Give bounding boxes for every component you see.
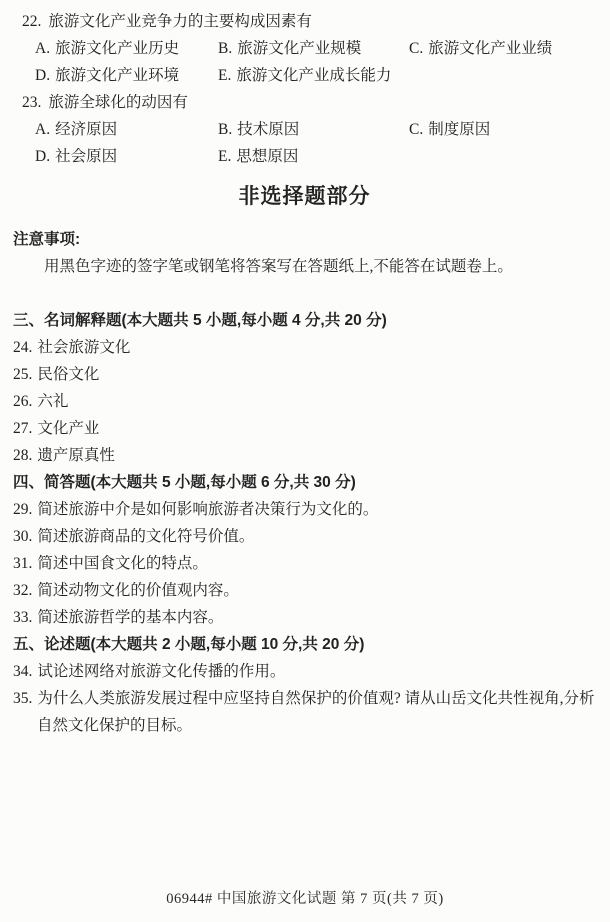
option-row: A. 经济原因 B. 技术原因 C. 制度原因 bbox=[35, 116, 596, 143]
question-number: 35. bbox=[13, 690, 32, 707]
option-label: C. bbox=[409, 35, 423, 62]
question-item: 28.遗产原真性 bbox=[13, 442, 596, 469]
section-title: 五、论述题(本大题共 2 小题,每小题 10 分,共 20 分) bbox=[13, 631, 596, 658]
option-label: A. bbox=[35, 116, 50, 143]
question-text: 简述动物文化的价值观内容。 bbox=[37, 582, 239, 599]
question-item: 32.简述动物文化的价值观内容。 bbox=[13, 577, 596, 604]
mc-question-23: 23.旅游全球化的动因有 A. 经济原因 B. 技术原因 C. 制度原因 D. … bbox=[13, 89, 596, 170]
question-item: 27.文化产业 bbox=[13, 415, 596, 442]
question-text: 为什么人类旅游发展过程中应坚持自然保护的价值观? 请从山岳文化共性视角,分析自然… bbox=[37, 690, 595, 734]
notice-title: 注意事项: bbox=[13, 226, 596, 253]
question-text: 简述旅游中介是如何影响旅游者决策行为文化的。 bbox=[37, 501, 378, 518]
option-label: B. bbox=[218, 35, 232, 62]
question-number: 25. bbox=[13, 366, 32, 383]
option-label: D. bbox=[35, 62, 50, 89]
question-number: 26. bbox=[13, 393, 32, 410]
question-item: 30.简述旅游商品的文化符号价值。 bbox=[13, 523, 596, 550]
option-label: E. bbox=[218, 62, 231, 89]
question-text: 简述旅游商品的文化符号价值。 bbox=[37, 528, 254, 545]
notice-block: 注意事项: 用黑色字迹的签字笔或钢笔将答案写在答题纸上,不能答在试题卷上。 bbox=[13, 226, 596, 280]
section-essay: 五、论述题(本大题共 2 小题,每小题 10 分,共 20 分) 34.试论述网… bbox=[13, 631, 596, 739]
question-text: 文化产业 bbox=[37, 420, 99, 437]
question-text: 民俗文化 bbox=[37, 366, 99, 383]
question-number: 23. bbox=[22, 94, 41, 111]
question-number: 31. bbox=[13, 555, 32, 572]
option-row: D. 社会原因 E. 思想原因 bbox=[35, 143, 596, 170]
option-label: B. bbox=[218, 116, 232, 143]
question-number: 24. bbox=[13, 339, 32, 356]
option-text: 旅游文化产业历史 bbox=[55, 35, 179, 62]
question-text: 社会旅游文化 bbox=[37, 339, 130, 356]
question-number: 29. bbox=[13, 501, 32, 518]
question-text: 简述旅游哲学的基本内容。 bbox=[37, 609, 223, 626]
question-stem: 旅游全球化的动因有 bbox=[48, 94, 188, 111]
option-text: 旅游文化产业规模 bbox=[237, 35, 361, 62]
option-label: A. bbox=[35, 35, 50, 62]
mc-question-22: 22.旅游文化产业竞争力的主要构成因素有 A. 旅游文化产业历史 B. 旅游文化… bbox=[13, 8, 596, 89]
question-number: 28. bbox=[13, 447, 32, 464]
question-number: 33. bbox=[13, 609, 32, 626]
option-text: 社会原因 bbox=[55, 143, 117, 170]
option-text: 思想原因 bbox=[236, 143, 298, 170]
question-item: 25.民俗文化 bbox=[13, 361, 596, 388]
option-d: D. 社会原因 bbox=[35, 143, 218, 170]
option-b: B. 旅游文化产业规模 bbox=[218, 35, 409, 62]
option-text: 制度原因 bbox=[428, 116, 490, 143]
question-item: 31.简述中国食文化的特点。 bbox=[13, 550, 596, 577]
question-item: 34.试论述网络对旅游文化传播的作用。 bbox=[13, 658, 596, 685]
question-stem: 旅游文化产业竞争力的主要构成因素有 bbox=[48, 13, 312, 30]
question-number: 34. bbox=[13, 663, 32, 680]
question-number: 30. bbox=[13, 528, 32, 545]
option-text: 旅游文化产业环境 bbox=[55, 62, 179, 89]
question-number: 32. bbox=[13, 582, 32, 599]
option-label: E. bbox=[218, 143, 231, 170]
section-title: 三、名词解释题(本大题共 5 小题,每小题 4 分,共 20 分) bbox=[13, 307, 596, 334]
page-title: 非选择题部分 bbox=[13, 183, 596, 211]
section-title: 四、简答题(本大题共 5 小题,每小题 6 分,共 30 分) bbox=[13, 469, 596, 496]
question-text: 六礼 bbox=[37, 393, 68, 410]
question-item: 26.六礼 bbox=[13, 388, 596, 415]
notice-body: 用黑色字迹的签字笔或钢笔将答案写在答题纸上,不能答在试题卷上。 bbox=[44, 253, 596, 280]
option-text: 技术原因 bbox=[237, 116, 299, 143]
question-item: 33.简述旅游哲学的基本内容。 bbox=[13, 604, 596, 631]
option-a: A. 旅游文化产业历史 bbox=[35, 35, 218, 62]
option-c: C. 制度原因 bbox=[409, 116, 490, 143]
question-number: 27. bbox=[13, 420, 32, 437]
option-label: D. bbox=[35, 143, 50, 170]
option-row: A. 旅游文化产业历史 B. 旅游文化产业规模 C. 旅游文化产业业绩 bbox=[35, 35, 596, 62]
question-text: 简述中国食文化的特点。 bbox=[37, 555, 208, 572]
option-e: E. 旅游文化产业成长能力 bbox=[218, 62, 409, 89]
option-c: C. 旅游文化产业业绩 bbox=[409, 35, 552, 62]
option-row: D. 旅游文化产业环境 E. 旅游文化产业成长能力 bbox=[35, 62, 596, 89]
option-label: C. bbox=[409, 116, 423, 143]
question-item: 35.为什么人类旅游发展过程中应坚持自然保护的价值观? 请从山岳文化共性视角,分… bbox=[13, 685, 596, 739]
section-glossary: 三、名词解释题(本大题共 5 小题,每小题 4 分,共 20 分) 24.社会旅… bbox=[13, 307, 596, 469]
question-text: 遗产原真性 bbox=[37, 447, 115, 464]
question-stem-line: 23.旅游全球化的动因有 bbox=[22, 89, 596, 116]
question-text: 试论述网络对旅游文化传播的作用。 bbox=[37, 663, 285, 680]
option-b: B. 技术原因 bbox=[218, 116, 409, 143]
option-text: 旅游文化产业成长能力 bbox=[236, 62, 391, 89]
question-item: 24.社会旅游文化 bbox=[13, 334, 596, 361]
section-short-answer: 四、简答题(本大题共 5 小题,每小题 6 分,共 30 分) 29.简述旅游中… bbox=[13, 469, 596, 631]
question-item: 29.简述旅游中介是如何影响旅游者决策行为文化的。 bbox=[13, 496, 596, 523]
page-footer: 06944# 中国旅游文化试题 第 7 页(共 7 页) bbox=[0, 886, 610, 913]
option-text: 旅游文化产业业绩 bbox=[428, 35, 552, 62]
question-number: 22. bbox=[22, 13, 41, 30]
option-text: 经济原因 bbox=[55, 116, 117, 143]
option-d: D. 旅游文化产业环境 bbox=[35, 62, 218, 89]
option-e: E. 思想原因 bbox=[218, 143, 409, 170]
question-stem-line: 22.旅游文化产业竞争力的主要构成因素有 bbox=[22, 8, 596, 35]
option-a: A. 经济原因 bbox=[35, 116, 218, 143]
exam-page: 22.旅游文化产业竞争力的主要构成因素有 A. 旅游文化产业历史 B. 旅游文化… bbox=[0, 0, 610, 922]
